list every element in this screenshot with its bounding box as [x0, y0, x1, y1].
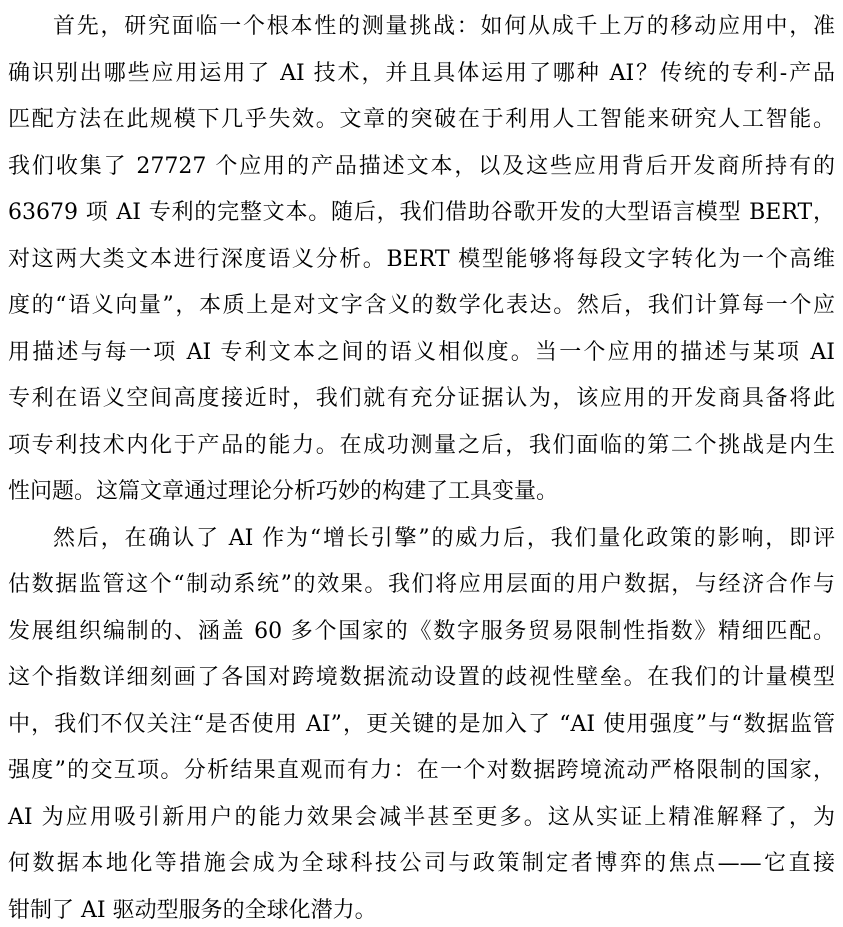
text-line: 对这两大类文本进行深度语义分析。BERT 模型能够将每段文字转化为一个高维 — [8, 237, 835, 284]
document-page: 首先，研究面临一个根本性的测量挑战：如何从成千上万的移动应用中，准 确识别出哪些… — [8, 4, 835, 927]
text-line: 度的“语义向量”，本质上是对文字含义的数学化表达。然后，我们计算每一个应 — [8, 283, 835, 330]
paragraph-measurement-challenge: 首先，研究面临一个根本性的测量挑战：如何从成千上万的移动应用中，准 确识别出哪些… — [8, 4, 835, 516]
text-line: 63679 项 AI 专利的完整文本。随后，我们借助谷歌开发的大型语言模型 BE… — [8, 190, 835, 237]
text-line: 估数据监管这个“制动系统”的效果。我们将应用层面的用户数据，与经济合作与 — [8, 562, 835, 609]
text-line: 何数据本地化等措施会成为全球科技公司与政策制定者博弈的焦点——它直接 — [8, 841, 835, 888]
text-line: 发展组织编制的、涵盖 60 多个国家的《数字服务贸易限制性指数》精细匹配。 — [8, 609, 835, 656]
text-line: 中，我们不仅关注“是否使用 AI”，更关键的是加入了 “AI 使用强度”与“数据… — [8, 702, 835, 749]
text-line: 用描述与每一项 AI 专利文本之间的语义相似度。当一个应用的描述与某项 AI — [8, 330, 835, 377]
paragraph-policy-impact: 然后，在确认了 AI 作为“增长引擎”的威力后，我们量化政策的影响，即评 估数据… — [8, 516, 835, 927]
text-line: 钳制了 AI 驱动型服务的全球化潜力。 — [8, 888, 835, 927]
text-line: AI 为应用吸引新用户的能力效果会减半甚至更多。这从实证上精准解释了，为 — [8, 795, 835, 842]
text-line: 确识别出哪些应用运用了 AI 技术，并且具体运用了哪种 AI？传统的专利-产品 — [8, 51, 835, 98]
text-line: 性问题。这篇文章通过理论分析巧妙的构建了工具变量。 — [8, 469, 835, 516]
text-line: 这个指数详细刻画了各国对跨境数据流动设置的歧视性壁垒。在我们的计量模型 — [8, 655, 835, 702]
text-line: 然后，在确认了 AI 作为“增长引擎”的威力后，我们量化政策的影响，即评 — [8, 516, 835, 563]
text-line: 我们收集了 27727 个应用的产品描述文本，以及这些应用背后开发商所持有的 — [8, 144, 835, 191]
text-line: 专利在语义空间高度接近时，我们就有充分证据认为，该应用的开发商具备将此 — [8, 376, 835, 423]
text-line: 匹配方法在此规模下几乎失效。文章的突破在于利用人工智能来研究人工智能。 — [8, 97, 835, 144]
text-line: 项专利技术内化于产品的能力。在成功测量之后，我们面临的第二个挑战是内生 — [8, 423, 835, 470]
text-line: 首先，研究面临一个根本性的测量挑战：如何从成千上万的移动应用中，准 — [8, 4, 835, 51]
text-line: 强度”的交互项。分析结果直观而有力：在一个对数据跨境流动严格限制的国家， — [8, 748, 835, 795]
